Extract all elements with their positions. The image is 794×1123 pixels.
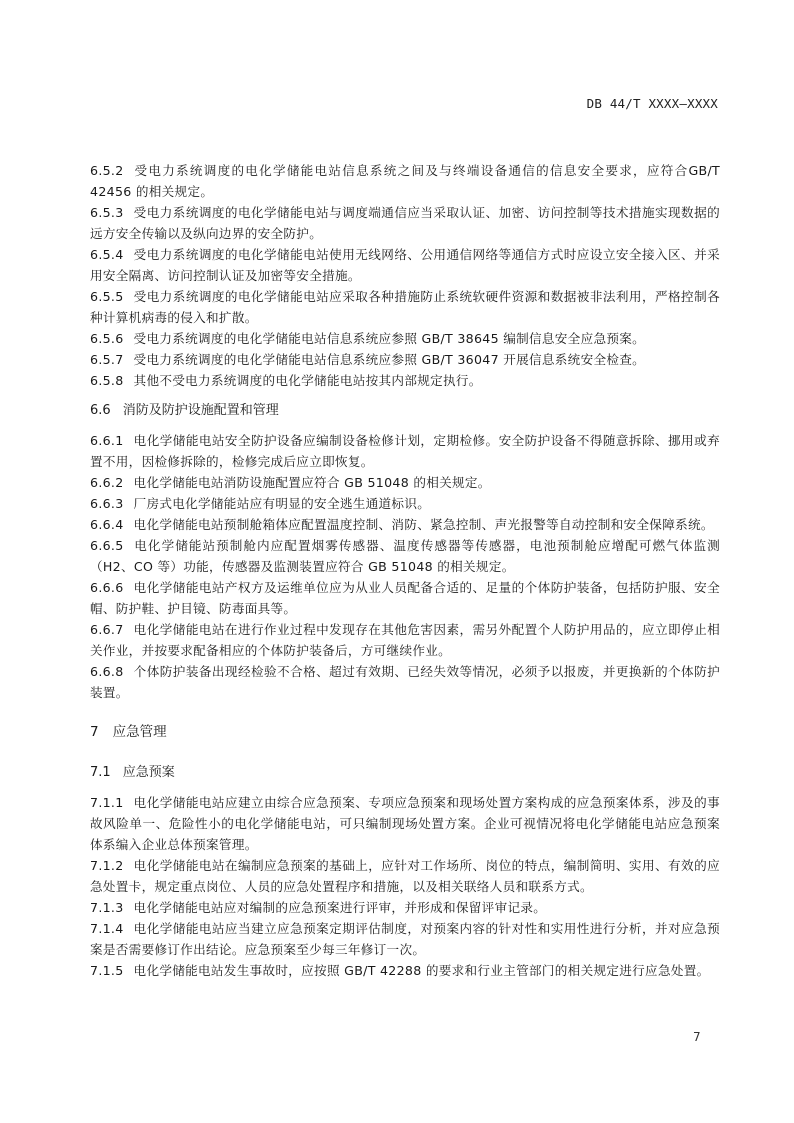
clause-text: 厂房式电化学储能站应有明显的安全逃生通道标识。 [134, 496, 431, 511]
clause-6-5-2: 6.5.2受电力系统调度的电化学储能电站信息系统之间及与终端设备通信的信息安全要… [90, 160, 720, 202]
clause-text: 电化学储能电站应对编制的应急预案进行评审，并形成和保留评审记录。 [134, 900, 547, 915]
clause-6-5-7: 6.5.7受电力系统调度的电化学储能电站信息系统应参照 GB/T 36047 开… [90, 349, 720, 370]
clause-text: 受电力系统调度的电化学储能电站应采取各种措施防止系统软硬件资源和数据被非法利用，… [90, 289, 720, 325]
clause-number: 6.5.5 [90, 286, 124, 307]
page-number: 7 [693, 1030, 701, 1044]
clause-6-6-1: 6.6.1电化学储能电站安全防护设备应编制设备检修计划，定期检修。安全防护设备不… [90, 430, 720, 472]
clause-6-6-5: 6.6.5电化学储能站预制舱内应配置烟雾传感器、温度传感器等传感器，电池预制舱应… [90, 535, 720, 577]
section-heading-7-1: 7.1应急预案 [90, 762, 720, 783]
clause-text: 其他不受电力系统调度的电化学储能电站按其内部规定执行。 [134, 373, 482, 388]
section-title: 应急预案 [123, 765, 175, 780]
spacer [90, 743, 720, 762]
clause-text: 电化学储能电站安全防护设备应编制设备检修计划，定期检修。安全防护设备不得随意拆除… [90, 433, 720, 469]
clause-text: 电化学储能电站应当建立应急预案定期评估制度，对预案内容的针对性和实用性进行分析，… [90, 921, 720, 957]
clause-6-5-5: 6.5.5受电力系统调度的电化学储能电站应采取各种措施防止系统软硬件资源和数据被… [90, 286, 720, 328]
clause-number: 7.1.5 [90, 960, 124, 981]
document-code-header: DB 44/T XXXX—XXXX [587, 96, 718, 111]
clause-6-5-6: 6.5.6受电力系统调度的电化学储能电站信息系统应参照 GB/T 38645 编… [90, 328, 720, 349]
clause-number: 7.1.1 [90, 792, 124, 813]
clause-6-5-4: 6.5.4受电力系统调度的电化学储能电站使用无线网络、公用通信网络等通信方式时应… [90, 244, 720, 286]
clause-6-6-4: 6.6.4电化学储能电站预制舱箱体应配置温度控制、消防、紧急控制、声光报警等自动… [90, 514, 720, 535]
section-heading-6-6: 6.6消防及防护设施配置和管理 [90, 400, 720, 421]
document-body: 6.5.2受电力系统调度的电化学储能电站信息系统之间及与终端设备通信的信息安全要… [90, 160, 720, 981]
clause-text: 电化学储能电站发生事故时，应按照 GB/T 42288 的要求和行业主管部门的相… [134, 963, 710, 978]
clause-6-6-3: 6.6.3厂房式电化学储能站应有明显的安全逃生通道标识。 [90, 493, 720, 514]
clause-text: 电化学储能电站预制舱箱体应配置温度控制、消防、紧急控制、声光报警等自动控制和安全… [134, 517, 714, 532]
clause-text: 电化学储能电站在进行作业过程中发现存在其他危害因素，需另外配置个人防护用品的，应… [90, 622, 720, 658]
chapter-title: 应急管理 [113, 724, 167, 740]
clause-number: 6.6.3 [90, 493, 124, 514]
clause-number: 6.5.3 [90, 202, 124, 223]
clause-text: 受电力系统调度的电化学储能电站信息系统应参照 GB/T 38645 编制信息安全… [134, 331, 646, 346]
clause-7-1-5: 7.1.5电化学储能电站发生事故时，应按照 GB/T 42288 的要求和行业主… [90, 960, 720, 981]
chapter-heading-7: 7应急管理 [90, 722, 720, 743]
clause-number: 6.5.2 [90, 160, 124, 181]
clause-text: 电化学储能站预制舱内应配置烟雾传感器、温度传感器等传感器，电池预制舱应增配可燃气… [90, 538, 720, 574]
clause-number: 6.5.7 [90, 349, 124, 370]
clause-text: 个体防护装备出现经检验不合格、超过有效期、已经失效等情况，必须予以报废，并更换新… [90, 664, 720, 700]
clause-number: 6.6.5 [90, 535, 124, 556]
clause-number: 6.6.7 [90, 619, 124, 640]
clause-number: 7.1.3 [90, 897, 124, 918]
clause-7-1-3: 7.1.3电化学储能电站应对编制的应急预案进行评审，并形成和保留评审记录。 [90, 897, 720, 918]
clause-number: 6.6.1 [90, 430, 124, 451]
clause-text: 受电力系统调度的电化学储能电站信息系统应参照 GB/T 36047 开展信息系统… [134, 352, 646, 367]
clause-text: 电化学储能电站消防设施配置应符合 GB 51048 的相关规定。 [134, 475, 491, 490]
clause-text: 电化学储能电站产权方及运维单位应为从业人员配备合适的、足量的个体防护装备，包括防… [90, 580, 720, 616]
clause-number: 6.6.6 [90, 577, 124, 598]
section-title: 消防及防护设施配置和管理 [123, 403, 279, 418]
clause-6-6-2: 6.6.2电化学储能电站消防设施配置应符合 GB 51048 的相关规定。 [90, 472, 720, 493]
clause-6-5-8: 6.5.8其他不受电力系统调度的电化学储能电站按其内部规定执行。 [90, 370, 720, 391]
clause-6-6-6: 6.6.6电化学储能电站产权方及运维单位应为从业人员配备合适的、足量的个体防护装… [90, 577, 720, 619]
clause-text: 受电力系统调度的电化学储能电站与调度端通信应当采取认证、加密、访问控制等技术措施… [90, 205, 720, 241]
clause-number: 7.1.4 [90, 918, 124, 939]
clause-number: 6.5.4 [90, 244, 124, 265]
clause-number: 6.6.4 [90, 514, 124, 535]
clause-number: 6.6.2 [90, 472, 124, 493]
clause-number: 6.5.6 [90, 328, 124, 349]
spacer [90, 391, 720, 400]
clause-7-1-1: 7.1.1电化学储能电站应建立由综合应急预案、专项应急预案和现场处置方案构成的应… [90, 792, 720, 855]
clause-text: 受电力系统调度的电化学储能电站使用无线网络、公用通信网络等通信方式时应设立安全接… [90, 247, 720, 283]
clause-number: 6.6.8 [90, 661, 124, 682]
clause-7-1-4: 7.1.4电化学储能电站应当建立应急预案定期评估制度，对预案内容的针对性和实用性… [90, 918, 720, 960]
clause-text: 电化学储能电站在编制应急预案的基础上，应针对工作场所、岗位的特点，编制简明、实用… [90, 858, 720, 894]
clause-number: 7.1.2 [90, 855, 124, 876]
clause-6-5-3: 6.5.3受电力系统调度的电化学储能电站与调度端通信应当采取认证、加密、访问控制… [90, 202, 720, 244]
spacer [90, 703, 720, 722]
clause-text: 受电力系统调度的电化学储能电站信息系统之间及与终端设备通信的信息安全要求，应符合… [90, 163, 720, 199]
clause-text: 电化学储能电站应建立由综合应急预案、专项应急预案和现场处置方案构成的应急预案体系… [90, 795, 720, 852]
clause-7-1-2: 7.1.2电化学储能电站在编制应急预案的基础上，应针对工作场所、岗位的特点，编制… [90, 855, 720, 897]
clause-6-6-7: 6.6.7电化学储能电站在进行作业过程中发现存在其他危害因素，需另外配置个人防护… [90, 619, 720, 661]
clause-6-6-8: 6.6.8个体防护装备出现经检验不合格、超过有效期、已经失效等情况，必须予以报废… [90, 661, 720, 703]
spacer [90, 421, 720, 430]
spacer [90, 783, 720, 792]
section-number: 7.1 [90, 762, 111, 783]
clause-number: 6.5.8 [90, 370, 124, 391]
chapter-number: 7 [90, 722, 99, 743]
section-number: 6.6 [90, 400, 111, 421]
